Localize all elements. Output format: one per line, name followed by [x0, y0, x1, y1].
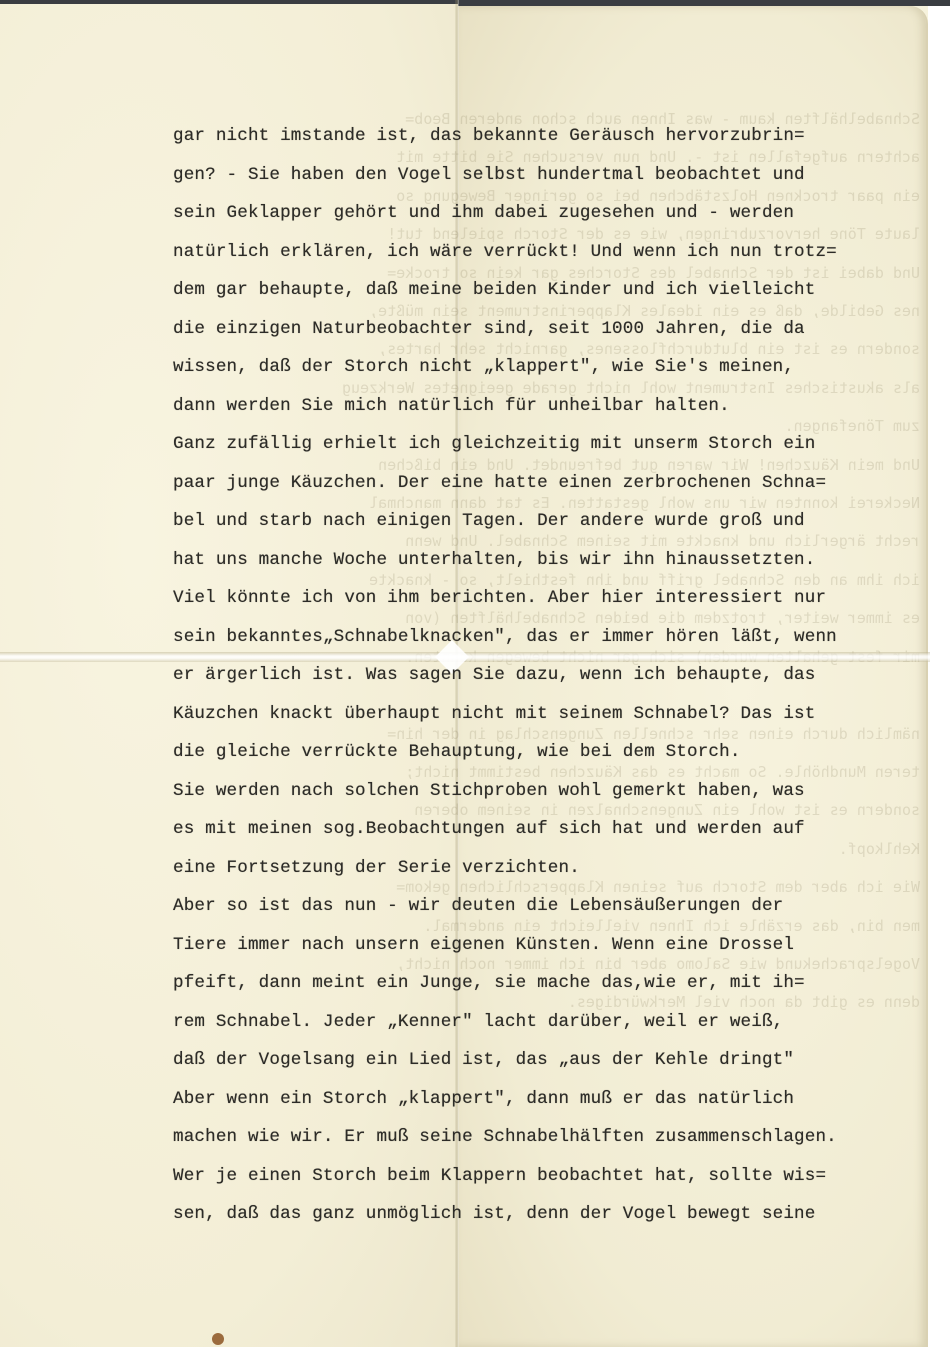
text-line: Ganz zufällig erhielt ich gleichzeitig m… — [173, 425, 893, 464]
typewritten-text-body: gar nicht imstande ist, das bekannte Ger… — [173, 117, 893, 1234]
text-line: Käuzchen knackt überhaupt nicht mit sein… — [173, 695, 893, 734]
text-line: die gleiche verrückte Behauptung, wie be… — [173, 733, 893, 772]
text-line: Tiere immer nach unsern eigenen Künsten.… — [173, 926, 893, 965]
text-line: bel und starb nach einigen Tagen. Der an… — [173, 502, 893, 541]
scan-right-margin — [928, 6, 950, 1347]
text-line: paar junge Käuzchen. Der eine hatte eine… — [173, 464, 893, 503]
text-line: dem gar behaupte, daß meine beiden Kinde… — [173, 271, 893, 310]
text-line: Viel könnte ich von ihm berichten. Aber … — [173, 579, 893, 618]
text-line: eine Fortsetzung der Serie verzichten. — [173, 849, 893, 888]
text-line: es mit meinen sog.Beobachtungen auf sich… — [173, 810, 893, 849]
text-line: natürlich erklären, ich wäre verrückt! U… — [173, 233, 893, 272]
brown-stain — [212, 1333, 224, 1345]
text-line: er ärgerlich ist. Was sagen Sie dazu, we… — [173, 656, 893, 695]
text-line: daß der Vogelsang ein Lied ist, das „aus… — [173, 1041, 893, 1080]
text-line: machen wie wir. Er muß seine Schnabelhäl… — [173, 1118, 893, 1157]
text-line: gen? - Sie haben den Vogel selbst hunder… — [173, 156, 893, 195]
text-line: die einzigen Naturbeobachter sind, seit … — [173, 310, 893, 349]
text-line: sein bekanntes„Schnabelknacken", das er … — [173, 618, 893, 657]
text-line: dann werden Sie mich natürlich für unhei… — [173, 387, 893, 426]
text-line: wissen, daß der Storch nicht „klappert",… — [173, 348, 893, 387]
text-line: Wer je einen Storch beim Klappern beobac… — [173, 1157, 893, 1196]
text-line: hat uns manche Woche unterhalten, bis wi… — [173, 541, 893, 580]
text-line: Aber so ist das nun - wir deuten die Leb… — [173, 887, 893, 926]
text-line: sein Geklapper gehört und ihm dabei zuge… — [173, 194, 893, 233]
text-line: Aber wenn ein Storch „klappert", dann mu… — [173, 1080, 893, 1119]
scanned-page: Schnabelhälften kaum - was Ihnen auch sc… — [0, 0, 950, 1347]
text-line: Sie werden nach solchen Stichproben wohl… — [173, 772, 893, 811]
text-line: pfeift, dann meint ein Junge, sie mache … — [173, 964, 893, 1003]
text-line: gar nicht imstande ist, das bekannte Ger… — [173, 117, 893, 156]
text-line: rem Schnabel. Jeder „Kenner" lacht darüb… — [173, 1003, 893, 1042]
text-line: sen, daß das ganz unmöglich ist, denn de… — [173, 1195, 893, 1234]
